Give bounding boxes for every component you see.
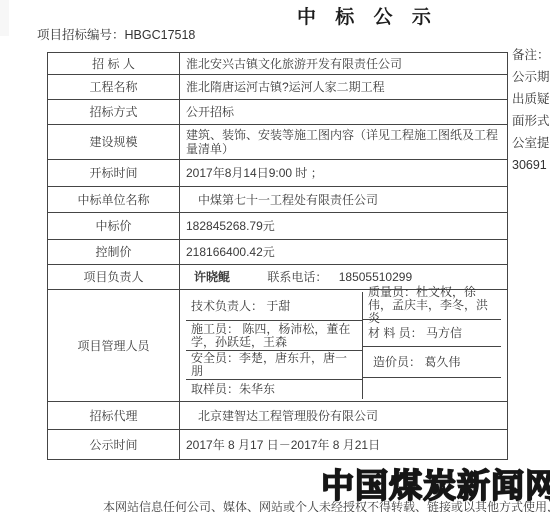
row-value-opening-time: 2017年8月14日9:00 时 ； [180,160,508,187]
row-value-control-price: 218166400.42元 [180,240,508,265]
row-label-bid-method: 招标方式 [48,100,180,125]
copyright-notice-clipped: 本网站信息任何公司、媒体、网站或个人未经授权不得转载、链接或以其他方式使用，否则… [103,498,550,512]
project-bid-number: 项目招标编号：HBGC17518 [37,25,195,43]
table-row: 建设规模 建筑、装饰、安装等施工图内容（详见工程施工图纸及工程量清单） [48,125,508,160]
table-row: 招标代理 北京建智达工程管理股份有限公司 [48,402,508,430]
table-row: 招标方式 公开招标 [48,100,508,125]
table-row: 控制价 218166400.42元 [48,240,508,265]
row-value-winning-company: 中煤第七十一工程处有限责任公司 [180,187,508,213]
management-cell-quality: 质量员：杜文权，徐伟，孟庆丰，李冬，洪炎 [363,292,501,320]
management-left-column: 技术负责人： 于甜 施工员： 陈四，杨沛松，董在学，孙跃廷，王森 安全员：李楚，… [186,292,363,399]
row-value-construction-scale: 建筑、装饰、安装等施工图内容（详见工程施工图纸及工程量清单） [180,125,508,160]
row-label-project-name: 工程名称 [48,75,180,100]
table-row: 工程名称 淮北隋唐运河古镇?运河人家二期工程 [48,75,508,100]
management-cell-technical: 技术负责人： 于甜 [186,292,362,321]
table-row: 中标单位名称 中煤第七十一工程处有限责任公司 [48,187,508,213]
row-value-bid-method: 公开招标 [180,100,508,125]
table-row: 中标价 182845268.79元 [48,213,508,240]
row-value-tenderer: 淮北安兴古镇文化旅游开发有限责任公司 [180,53,508,75]
row-label-control-price: 控制价 [48,240,180,265]
remark-line: 面形式 [512,110,550,132]
row-label-bid-agent: 招标代理 [48,402,180,430]
row-value-winning-price: 182845268.79元 [180,213,508,240]
management-cell-sampler: 取样员：朱华东 [186,380,362,399]
row-value-bid-agent: 北京建智达工程管理股份有限公司 [180,402,508,430]
management-cell-empty [363,378,501,399]
scan-edge-artifact [0,0,9,36]
row-value-project-name: 淮北隋唐运河古镇?运河人家二期工程 [180,75,508,100]
table-row: 招 标 人 淮北安兴古镇文化旅游开发有限责任公司 [48,53,508,75]
remark-line: 备注： [512,44,550,66]
row-value-management-staff: 技术负责人： 于甜 施工员： 陈四，杨沛松，董在学，孙跃廷，王森 安全员：李楚，… [180,290,508,402]
remark-line: 30691 [512,154,550,176]
leader-name: 许晓鲲 [194,270,230,284]
management-cell-materials: 材 料 员： 马方信 [363,320,501,347]
page-title: 中 标 公 示 [297,2,438,29]
row-label-management-staff: 项目管理人员 [48,290,180,402]
row-label-publicity-period: 公示时间 [48,430,180,460]
management-cell-safety: 安全员：李楚，唐东升，唐一朋 [186,351,362,380]
table-row: 项目管理人员 技术负责人： 于甜 施工员： 陈四，杨沛松，董在学，孙跃廷，王森 … [48,290,508,402]
row-label-opening-time: 开标时间 [48,160,180,187]
table-row: 开标时间 2017年8月14日9:00 时 ； [48,160,508,187]
row-label-project-leader: 项目负责人 [48,265,180,290]
bid-announcement-table: 招 标 人 淮北安兴古镇文化旅游开发有限责任公司 工程名称 淮北隋唐运河古镇?运… [47,52,508,460]
remark-note-clipped: 备注： 公示期 出质疑 面形式 公室提 30691 [512,44,550,176]
management-grid: 技术负责人： 于甜 施工员： 陈四，杨沛松，董在学，孙跃廷，王森 安全员：李楚，… [186,292,501,399]
leader-phone-number: 18505510299 [339,270,412,284]
management-cell-cost: 造价员： 葛久伟 [363,347,501,378]
remark-line: 公室提 [512,132,550,154]
row-label-winning-price: 中标价 [48,213,180,240]
remark-line: 出质疑 [512,88,550,110]
management-right-column: 质量员：杜文权，徐伟，孟庆丰，李冬，洪炎 材 料 员： 马方信 造价员： 葛久伟 [363,292,501,399]
row-value-publicity-period: 2017年 8 月17 日－2017年 8 月21日 [180,430,508,460]
remark-line: 公示期 [512,66,550,88]
row-label-construction-scale: 建设规模 [48,125,180,160]
row-label-winning-company: 中标单位名称 [48,187,180,213]
table-row: 公示时间 2017年 8 月17 日－2017年 8 月21日 [48,430,508,460]
leader-phone-label: 联系电话： [267,270,327,284]
row-label-tenderer: 招 标 人 [48,53,180,75]
management-cell-constructors: 施工员： 陈四，杨沛松，董在学，孙跃廷，王森 [186,321,362,351]
